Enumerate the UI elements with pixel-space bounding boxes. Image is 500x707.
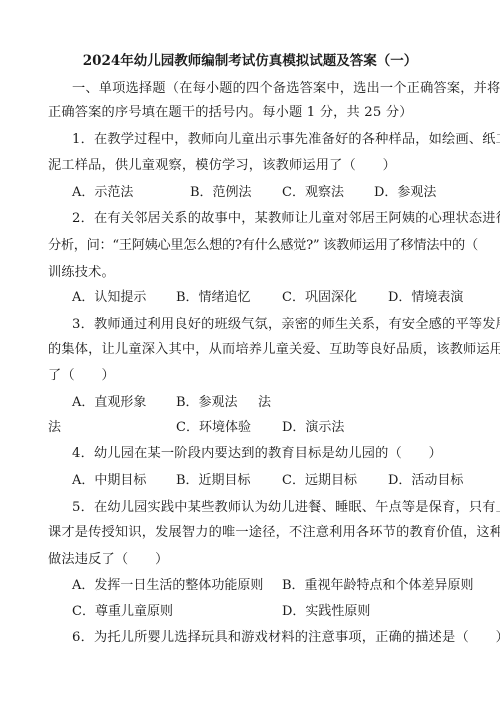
question-5-option-d: D．实践性原则 bbox=[282, 603, 370, 621]
question-1-line1: 1．在教学过程中，教师向儿童出示事先准备好的各种样品，如绘画、纸工、 bbox=[72, 131, 500, 149]
question-4-line1: 4．幼儿园在某一阶段内要达到的教育目标是幼儿园的（ ） bbox=[72, 445, 442, 463]
question-1-line2: 泥工样品，供儿童观察，模仿学习，该教师运用了（ ） bbox=[48, 157, 396, 175]
question-3-line3: 了（ ） bbox=[48, 367, 115, 385]
question-3-line1: 3．教师通过利用良好的班级气氛，亲密的师生关系，有安全感的平等发展 bbox=[72, 316, 500, 334]
question-4-option-a: A．中期目标 bbox=[72, 472, 146, 490]
section-heading-line1: 一、单项选择题（在每小题的四个备选答案中，选出一个正确答案，并将 bbox=[72, 80, 500, 98]
section-heading-line2: 正确答案的序号填在题干的括号内。每小题 1 分，共 25 分） bbox=[48, 104, 413, 122]
question-2-line2: 分析，问：“王阿姨心里怎么想的?有什么感觉?” 该教师运用了移情法中的（ ） bbox=[48, 237, 500, 255]
question-3-stray-fa-2: 法 bbox=[48, 419, 61, 437]
question-2-option-b: B．情绪追忆 bbox=[176, 289, 251, 307]
question-2-line1: 2．在有关邻居关系的故事中，某教师让儿童对邻居王阿姨的心理状态进行 bbox=[72, 210, 500, 228]
question-5-option-a: A．发挥一日生活的整体功能原则 bbox=[72, 577, 263, 595]
question-3-option-a: A．直观形象 bbox=[72, 394, 146, 412]
question-2-line3: 训练技术。 bbox=[48, 264, 115, 282]
question-2-option-c: C．巩固深化 bbox=[282, 289, 357, 307]
question-3-option-b: B．参观法 bbox=[176, 394, 238, 412]
question-2-option-d: D．情境表演 bbox=[388, 289, 463, 307]
question-5-option-b: B．重视年龄特点和个体差异原则 bbox=[282, 577, 474, 595]
document-title: 2024年幼儿园教师编制考试仿真模拟试题及答案（一） bbox=[0, 52, 500, 70]
question-2-option-a: A．认知提示 bbox=[72, 289, 146, 307]
question-1-option-a: A．示范法 bbox=[72, 184, 133, 202]
question-4-option-b: B．近期目标 bbox=[176, 472, 251, 490]
question-1-option-c: C．观察法 bbox=[282, 184, 344, 202]
question-3-line2: 的集体，让儿童深入其中，从而培养儿童关爱、互助等良好品质，该教师运用 bbox=[48, 341, 500, 359]
question-4-option-c: C．远期目标 bbox=[282, 472, 357, 490]
question-5-option-c: C．尊重儿童原则 bbox=[72, 603, 173, 621]
question-5-line2: 课才是传授知识，发展智力的唯一途径，不注意利用各环节的教育价值，这种 bbox=[48, 524, 500, 542]
question-1-option-d: D．参观法 bbox=[374, 184, 436, 202]
question-3-stray-fa-1: 法 bbox=[258, 394, 271, 412]
question-1-option-b: B．范例法 bbox=[190, 184, 252, 202]
question-3-option-d: D．演示法 bbox=[282, 419, 344, 437]
question-5-line1: 5．在幼儿园实践中某些教师认为幼儿进餐、睡眠、午点等是保育，只有上 bbox=[72, 499, 500, 517]
question-4-option-d: D．活动目标 bbox=[388, 472, 463, 490]
question-6-line1: 6．为托儿所婴儿选择玩具和游戏材料的注意事项，正确的描述是（ ） bbox=[72, 629, 500, 647]
question-5-line3: 做法违反了（ ） bbox=[48, 551, 169, 569]
question-3-option-c: C．环境体验 bbox=[176, 419, 251, 437]
